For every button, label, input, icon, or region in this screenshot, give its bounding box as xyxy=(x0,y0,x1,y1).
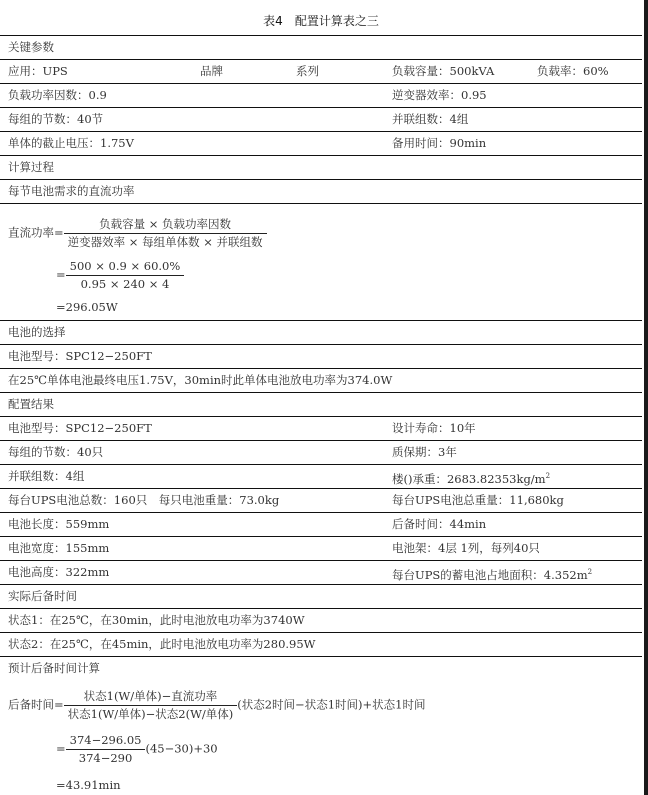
denominator: 逆变器效率 × 每组单体数 × 并联组数 xyxy=(64,234,267,251)
fraction: 负载容量 × 负载功率因数逆变器效率 × 每组单体数 × 并联组数 xyxy=(64,216,267,251)
cell-discharge-power: 在25℃单体电池最终电压1.75V，30min时此单体电池放电功率为374.0W xyxy=(8,369,392,392)
superscript: 2 xyxy=(588,568,592,576)
section-heading-battery-selection: 电池的选择 xyxy=(0,320,642,344)
table-row: 并联组数：4组 楼()承重：2683.82353kg/m2 xyxy=(0,464,642,488)
cell-backup-time: 备用时间：90min xyxy=(392,132,486,155)
cell-state-1: 状态1：在25℃，在30min，此时电池放电功率为3740W xyxy=(8,609,305,632)
cell-floor-load: 楼()承重：2683.82353kg/m2 xyxy=(392,465,550,491)
cell-battery-height: 电池高度：322mm xyxy=(8,561,109,584)
formula-line-2: =374−296.05374−290(45−30)+30 xyxy=(56,732,218,767)
heading-text: 计算过程 xyxy=(8,156,54,179)
formula-line-2: =500 × 0.9 × 60.0%0.95 × 240 × 4 xyxy=(56,258,184,293)
section-heading-estimated-backup: 预计后备时间计算 xyxy=(0,656,642,680)
table-title: 表4配置计算表之三 xyxy=(0,12,642,29)
fraction: 状态1(W/单体)−直流功率状态1(W/单体)−状态2(W/单体) xyxy=(64,688,238,723)
table-row: 电池型号：SPC12−250FT 设计寿命：10年 xyxy=(0,416,642,440)
numerator: 负载容量 × 负载功率因数 xyxy=(64,216,267,234)
cell-inverter-efficiency: 逆变器效率：0.95 xyxy=(392,84,487,107)
floor-area-text: 每台UPS的蓄电池占地面积：4.352m xyxy=(392,568,588,582)
cell-battery-length: 电池长度：559mm xyxy=(8,513,109,536)
table-row: 状态1：在25℃，在30min，此时电池放电功率为3740W xyxy=(0,608,642,632)
cell-parallel-groups: 并联组数：4组 xyxy=(392,108,468,131)
floor-load-text: 楼()承重：2683.82353kg/m xyxy=(392,472,546,486)
numerator: 500 × 0.9 × 60.0% xyxy=(66,258,185,276)
table-row: 电池型号：SPC12−250FT xyxy=(0,344,642,368)
table-row: 应用：UPS 品牌 系列 负载容量：500kVA 负载率：60% xyxy=(0,59,642,83)
cell-total-weight: 每台UPS电池总重量：11,680kg xyxy=(392,489,564,512)
denominator: 0.95 × 240 × 4 xyxy=(66,276,185,293)
heading-text: 关键参数 xyxy=(8,36,54,59)
cell-battery-model: 电池型号：SPC12−250FT xyxy=(8,417,152,440)
heading-text: 电池的选择 xyxy=(8,321,66,344)
formula-lhs: 直流功率= xyxy=(8,226,64,240)
table-row: 在25℃单体电池最终电压1.75V，30min时此单体电池放电功率为374.0W xyxy=(0,368,642,392)
section-heading-config-result: 配置结果 xyxy=(0,392,642,416)
cell-battery-model: 电池型号：SPC12−250FT xyxy=(8,345,152,368)
cell-design-life: 设计寿命：10年 xyxy=(392,417,476,440)
cell-battery-width: 电池宽度：155mm xyxy=(8,537,109,560)
table-row: 负载功率因数：0.9 逆变器效率：0.95 xyxy=(0,83,642,107)
subheading-dc-power: 每节电池需求的直流功率 xyxy=(8,180,135,203)
cell-total-batteries: 每台UPS电池总数：160只 每只电池重量：73.0kg xyxy=(8,489,279,512)
section-heading-actual-backup: 实际后备时间 xyxy=(0,584,642,608)
cell-battery-rack: 电池架：4层 1列，每列40只 xyxy=(392,537,540,560)
cell-floor-area: 每台UPS的蓄电池占地面积：4.352m2 xyxy=(392,561,592,587)
fraction: 374−296.05374−290 xyxy=(66,732,146,767)
fraction: 500 × 0.9 × 60.0%0.95 × 240 × 4 xyxy=(66,258,185,293)
table-row: 每台UPS电池总数：160只 每只电池重量：73.0kg 每台UPS电池总重量：… xyxy=(0,488,642,512)
cell-power-factor: 负载功率因数：0.9 xyxy=(8,84,107,107)
table-row: 状态2：在25℃，在45min，此时电池放电功率为280.95W xyxy=(0,632,642,656)
section-heading-calc-process: 计算过程 xyxy=(0,155,642,179)
formula-line-1: 后备时间=状态1(W/单体)−直流功率状态1(W/单体)−状态2(W/单体)(状… xyxy=(8,688,425,723)
heading-text: 配置结果 xyxy=(8,393,54,416)
table-number: 表4 xyxy=(263,14,283,28)
formula-line-1: 直流功率=负载容量 × 负载功率因数逆变器效率 × 每组单体数 × 并联组数 xyxy=(8,216,267,251)
table-row: 每组的节数：40节 并联组数：4组 xyxy=(0,107,642,131)
formula-result: =296.05W xyxy=(56,300,118,314)
denominator: 374−290 xyxy=(66,750,146,767)
backup-time-formula: 后备时间=状态1(W/单体)−直流功率状态1(W/单体)−状态2(W/单体)(状… xyxy=(0,680,642,795)
cell-backup-time: 后备时间：44min xyxy=(392,513,486,536)
formula-tail: (状态2时间−状态1时间)+状态1时间 xyxy=(237,698,425,712)
cell-brand: 品牌 xyxy=(200,60,223,83)
config-table: 关键参数 应用：UPS 品牌 系列 负载容量：500kVA 负载率：60% 负载… xyxy=(0,35,642,795)
cell-cells-per-group: 每组的节数：40只 xyxy=(8,441,103,464)
dc-power-formula: 直流功率=负载容量 × 负载功率因数逆变器效率 × 每组单体数 × 并联组数 =… xyxy=(0,203,642,320)
formula-lhs: 后备时间= xyxy=(8,698,64,712)
superscript: 2 xyxy=(546,472,550,480)
cell-state-2: 状态2：在25℃，在45min，此时电池放电功率为280.95W xyxy=(8,633,316,656)
numerator: 374−296.05 xyxy=(66,732,146,750)
cell-load-capacity: 负载容量：500kVA xyxy=(392,60,494,83)
numerator: 状态1(W/单体)−直流功率 xyxy=(64,688,238,706)
table-row: 电池高度：322mm 每台UPS的蓄电池占地面积：4.352m2 xyxy=(0,560,642,584)
equals: = xyxy=(56,268,66,282)
table-title-text: 配置计算表之三 xyxy=(295,14,379,28)
cell-series: 系列 xyxy=(296,60,319,83)
cell-parallel-groups: 并联组数：4组 xyxy=(8,465,84,488)
table-row: 每组的节数：40只 质保期：3年 xyxy=(0,440,642,464)
formula-result: =43.91min xyxy=(56,778,121,792)
cell-cutoff-voltage: 单体的截止电压：1.75V xyxy=(8,132,134,155)
page-edge xyxy=(644,0,648,795)
heading-text: 实际后备时间 xyxy=(8,585,77,608)
table-row: 每节电池需求的直流功率 xyxy=(0,179,642,203)
section-heading-key-params: 关键参数 xyxy=(0,35,642,59)
cell-warranty: 质保期：3年 xyxy=(392,441,457,464)
table-row: 单体的截止电压：1.75V 备用时间：90min xyxy=(0,131,642,155)
cell-cells-per-group: 每组的节数：40节 xyxy=(8,108,103,131)
cell-load-rate: 负载率：60% xyxy=(537,60,609,83)
denominator: 状态1(W/单体)−状态2(W/单体) xyxy=(64,706,238,723)
heading-text: 预计后备时间计算 xyxy=(8,657,100,680)
equals: = xyxy=(56,742,66,756)
table-row: 电池长度：559mm 后备时间：44min xyxy=(0,512,642,536)
cell-application: 应用：UPS xyxy=(8,60,68,83)
table-row: 电池宽度：155mm 电池架：4层 1列，每列40只 xyxy=(0,536,642,560)
formula-tail: (45−30)+30 xyxy=(145,742,217,756)
